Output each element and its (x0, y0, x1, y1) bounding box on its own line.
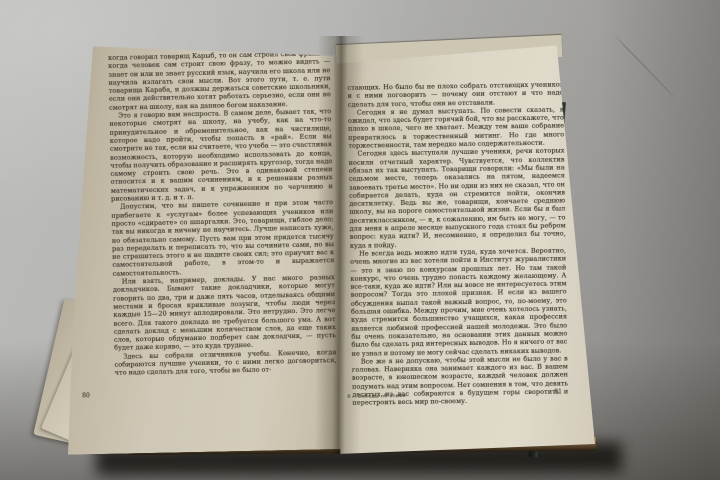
photo-scene: когда говорил товарищ Карыб, то он сам с… (0, 0, 720, 480)
left-page-text: когда говорил товарищ Карыб, то он сам с… (108, 49, 337, 377)
paragraph: Здесь вы собрали отличников учебы. Конеч… (114, 348, 336, 378)
paragraph: стающих. Но было бы не плохо собрать отс… (347, 80, 563, 108)
right-page-text: стающих. Но было бы не плохо собрать отс… (347, 80, 568, 407)
paragraph: Сегодня здесь выступали лучшие ученики, … (348, 147, 566, 250)
signature-number: 6 (347, 394, 351, 400)
paragraph: Не всегда ведь можно идти туда, куда хоч… (350, 246, 568, 357)
paragraph: Сегодня я не думал выступать. По совести… (348, 105, 565, 150)
page-number-right: 81 (554, 388, 562, 395)
paragraph: Это я говорю вам неспроста. В самом деле… (109, 107, 333, 203)
paragraph: Все же я не допускаю, чтобы этой мысли н… (352, 354, 569, 407)
left-page: когда говорил товарищ Карыб, то он сам с… (54, 35, 343, 455)
paragraph: когда говорил товарищ Карыб, то он сам с… (108, 49, 331, 112)
paragraph: Допустим, что вы пишете сочинение и при … (111, 199, 335, 278)
right-page: стающих. Но было бы не плохо собрать отс… (333, 40, 597, 458)
paragraph: Или взять, например, доклады. У нас мног… (113, 273, 337, 352)
signature-footer: 6Беседы об этике (347, 393, 406, 400)
signature-title: Беседы об этике (358, 393, 406, 400)
page-number-left: 80 (82, 392, 90, 399)
